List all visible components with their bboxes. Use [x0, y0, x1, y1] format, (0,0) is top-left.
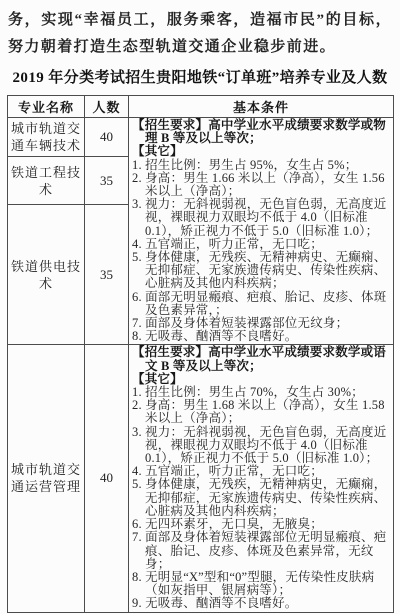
- admission-requirement-text: 【招生要求】高中学业水平成绩要求数学或物理 B 等及以上等次；: [132, 119, 391, 145]
- condition-item: 6. 面部无明显瘢痕、疤痕、胎记、皮疹、体斑及色素异常，；: [132, 291, 391, 317]
- major-name-cell: 铁道工程技术: [8, 157, 85, 205]
- conditions-cell-group1: 【招生要求】高中学业水平成绩要求数学或物理 B 等及以上等次； 【其它】 1. …: [129, 118, 394, 345]
- major-count-cell: 40: [85, 118, 129, 157]
- major-count-cell: 40: [85, 345, 129, 612]
- major-name-cell: 铁道供电技术: [8, 205, 85, 345]
- condition-item: 2. 身高：男生 1.68 米以上（净高），女生 1.58 米以上（净高）；: [132, 399, 391, 425]
- intro-paragraph: 务，实现“幸福员工，服务乘客，造福市民”的目标，努力朝着打造生态型轨道交通企业稳…: [0, 0, 400, 61]
- condition-item: 9. 无吸毒、酗酒等不良嗜好。: [132, 597, 391, 610]
- condition-item: 7. 面部及身体着短装裸露部位无明显瘢痕、疤痕、胎记、皮疹、体斑及色素异常，无纹…: [132, 531, 391, 571]
- major-count-cell: 35: [85, 157, 129, 205]
- condition-item: 3. 视力：无斜视弱视，无色盲色弱，无高度近视，裸眼视力双眼均不低于 4.0（旧…: [132, 426, 391, 466]
- condition-item: 8. 无吸毒、酗酒等不良嗜好。: [132, 330, 391, 343]
- major-name-cell: 城市轨道交通车辆技术: [8, 118, 85, 157]
- major-name-cell: 城市轨道交通运营管理: [8, 345, 85, 612]
- other-conditions-label: 【其它】: [132, 145, 391, 158]
- document-page: 务，实现“幸福员工，服务乘客，造福市民”的目标，努力朝着打造生态型轨道交通企业稳…: [0, 0, 400, 614]
- condition-item: 8. 无明显“X”型和“0”型腿，无传染性皮肤病（如灰指甲、银屑病等）；: [132, 571, 391, 597]
- majors-table: 专业名称 人数 基本条件 城市轨道交通车辆技术 40 【招生要求】高中学业水平成…: [7, 95, 394, 613]
- conditions-cell-group2: 【招生要求】高中学业水平成绩要求数学或语文 B 等及以上等次； 【其它】 1. …: [129, 345, 394, 612]
- column-header-basic-conditions: 基本条件: [129, 96, 394, 118]
- condition-item: 5. 身体健康，无残疾、无精神病史、无癫痫、无抑郁症、无家族遗传病史、传染性疾病…: [132, 251, 391, 291]
- page-title: 2019 年分类考试招生贵阳地铁“订单班”培养专业及人数: [0, 66, 400, 87]
- admission-requirement-text: 【招生要求】高中学业水平成绩要求数学或语文 B 等及以上等次；: [132, 346, 391, 372]
- table-row-vehicle-tech: 城市轨道交通车辆技术 40 【招生要求】高中学业水平成绩要求数学或物理 B 等及…: [8, 118, 394, 157]
- condition-item: 1. 招生比例：男生占 95%，女生占 5%；: [132, 159, 391, 172]
- condition-item: 2. 身高：男生 1.66 米以上（净高），女生 1.56 米以上（净高）；: [132, 172, 391, 198]
- column-header-major-name: 专业名称: [8, 96, 85, 118]
- column-header-count: 人数: [85, 96, 129, 118]
- major-count-cell: 35: [85, 205, 129, 345]
- condition-item: 3. 视力：无斜视弱视，无色盲色弱，无高度近视，裸眼视力双眼均不低于 4.0（旧…: [132, 198, 391, 238]
- table-header-row: 专业名称 人数 基本条件: [8, 96, 394, 118]
- table-row-operations-management: 城市轨道交通运营管理 40 【招生要求】高中学业水平成绩要求数学或语文 B 等及…: [8, 345, 394, 612]
- condition-item: 5. 身体健康，无残疾，无精神病史，无癫痫，无抑郁症，无家族遗传病史、传染性疾病…: [132, 478, 391, 518]
